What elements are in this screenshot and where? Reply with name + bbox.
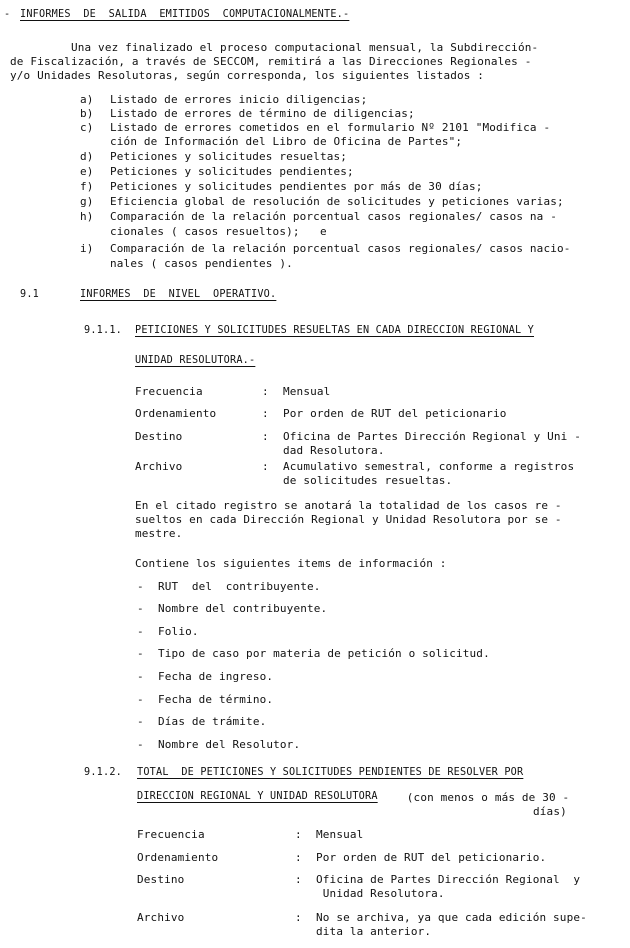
field-label: Destino bbox=[137, 874, 184, 885]
field-sep: : bbox=[295, 852, 302, 863]
field-value: Oficina de Partes Dirección Regional y U… bbox=[283, 431, 581, 442]
subsection-number: 9.1 bbox=[20, 290, 39, 300]
bullet-dash: - bbox=[137, 694, 144, 705]
list-item: Comparación de la relación porcentual ca… bbox=[110, 243, 571, 254]
intro-line-3: y/o Unidades Resolutoras, según correspo… bbox=[10, 70, 484, 81]
field-value-cont: de solicitudes resueltas. bbox=[283, 475, 452, 486]
field-value: Por orden de RUT del peticionario. bbox=[316, 852, 546, 863]
paragraph-line: mestre. bbox=[135, 528, 182, 539]
bullet-dash: - bbox=[137, 626, 144, 637]
field-label: Archivo bbox=[135, 461, 182, 472]
list-item: Peticiones y solicitudes pendientes; bbox=[110, 166, 354, 177]
field-value: Acumulativo semestral, conforme a regist… bbox=[283, 461, 574, 472]
list-item: Listado de errores de término de diligen… bbox=[110, 108, 415, 119]
field-label: Destino bbox=[135, 431, 182, 442]
list-item-cont: cionales ( casos resueltos); e bbox=[110, 226, 327, 237]
items-intro: Contiene los siguientes items de informa… bbox=[135, 558, 447, 569]
field-sep: : bbox=[262, 408, 269, 419]
field-sep: : bbox=[262, 461, 269, 472]
list-letter: f) bbox=[80, 181, 94, 192]
list-letter: a) bbox=[80, 94, 94, 105]
list-item: Nombre del Resolutor. bbox=[158, 739, 300, 750]
list-item: Listado de errores cometidos en el formu… bbox=[110, 122, 550, 133]
list-item-cont: ción de Información del Libro de Oficina… bbox=[110, 136, 462, 147]
field-value-cont: dad Resolutora. bbox=[283, 445, 385, 456]
list-item: Fecha de ingreso. bbox=[158, 671, 273, 682]
field-value: Mensual bbox=[283, 386, 330, 397]
list-letter: h) bbox=[80, 211, 94, 222]
list-item-cont: nales ( casos pendientes ). bbox=[110, 258, 293, 269]
bullet-dash: - bbox=[137, 581, 144, 592]
list-item: Eficiencia global de resolución de solic… bbox=[110, 196, 564, 207]
list-item: Listado de errores inicio diligencias; bbox=[110, 94, 367, 105]
field-sep: : bbox=[262, 431, 269, 442]
field-value: Mensual bbox=[316, 829, 363, 840]
list-item: Peticiones y solicitudes pendientes por … bbox=[110, 181, 483, 192]
list-item: Tipo de caso por materia de petición o s… bbox=[158, 648, 490, 659]
field-value: Oficina de Partes Dirección Regional y bbox=[316, 874, 580, 885]
subsection-title: PETICIONES Y SOLICITUDES RESUELTAS EN CA… bbox=[135, 326, 534, 336]
list-item: Peticiones y solicitudes resueltas; bbox=[110, 151, 347, 162]
bullet-dash: - bbox=[137, 739, 144, 750]
subsection-title-suffix: (con menos o más de 30 - bbox=[400, 792, 569, 803]
field-label: Ordenamiento bbox=[137, 852, 218, 863]
subsection-title-suffix-cont: días) bbox=[533, 806, 567, 817]
field-sep: : bbox=[295, 829, 302, 840]
subsection-number: 9.1.2. bbox=[84, 768, 122, 778]
list-letter: g) bbox=[80, 196, 94, 207]
subsection-title: TOTAL DE PETICIONES Y SOLICITUDES PENDIE… bbox=[137, 768, 523, 778]
field-sep: : bbox=[295, 912, 302, 923]
list-item: Comparación de la relación porcentual ca… bbox=[110, 211, 557, 222]
field-value-cont: Unidad Resolutora. bbox=[316, 888, 445, 899]
bullet-dash: - bbox=[137, 648, 144, 659]
subsection-title-cont: DIRECCION REGIONAL Y UNIDAD RESOLUTORA bbox=[137, 792, 378, 802]
subsection-number: 9.1.1. bbox=[84, 326, 122, 336]
field-sep: : bbox=[295, 874, 302, 885]
list-letter: b) bbox=[80, 108, 94, 119]
bullet-dash: - bbox=[137, 603, 144, 614]
list-letter: e) bbox=[80, 166, 94, 177]
list-item: Folio. bbox=[158, 626, 199, 637]
field-label: Frecuencia bbox=[135, 386, 203, 397]
field-value: Por orden de RUT del peticionario bbox=[283, 408, 507, 419]
subsection-title-cont: UNIDAD RESOLUTORA.- bbox=[135, 356, 255, 366]
bullet-dash: - bbox=[137, 716, 144, 727]
paragraph-line: En el citado registro se anotará la tota… bbox=[135, 500, 562, 511]
bullet-dash: - bbox=[137, 671, 144, 682]
paragraph-line: sueltos en cada Dirección Regional y Uni… bbox=[135, 514, 562, 525]
field-value: No se archiva, ya que cada edición supe- bbox=[316, 912, 587, 923]
list-item: Nombre del contribuyente. bbox=[158, 603, 327, 614]
list-item: RUT del contribuyente. bbox=[158, 581, 321, 592]
field-label: Ordenamiento bbox=[135, 408, 216, 419]
section-dash: - bbox=[4, 10, 10, 20]
field-sep: : bbox=[262, 386, 269, 397]
list-letter: i) bbox=[80, 243, 94, 254]
intro-line-1: Una vez finalizado el proceso computacio… bbox=[10, 42, 538, 53]
list-letter: d) bbox=[80, 151, 94, 162]
list-item: Fecha de término. bbox=[158, 694, 273, 705]
section-title: INFORMES DE SALIDA EMITIDOS COMPUTACIONA… bbox=[20, 10, 349, 20]
subsection-title: INFORMES DE NIVEL OPERATIVO. bbox=[80, 290, 276, 300]
list-item: Días de trámite. bbox=[158, 716, 266, 727]
field-value-cont: dita la anterior. bbox=[316, 926, 431, 937]
field-label: Frecuencia bbox=[137, 829, 205, 840]
intro-line-2: de Fiscalización, a través de SECCOM, re… bbox=[10, 56, 532, 67]
field-label: Archivo bbox=[137, 912, 184, 923]
list-letter: c) bbox=[80, 122, 94, 133]
